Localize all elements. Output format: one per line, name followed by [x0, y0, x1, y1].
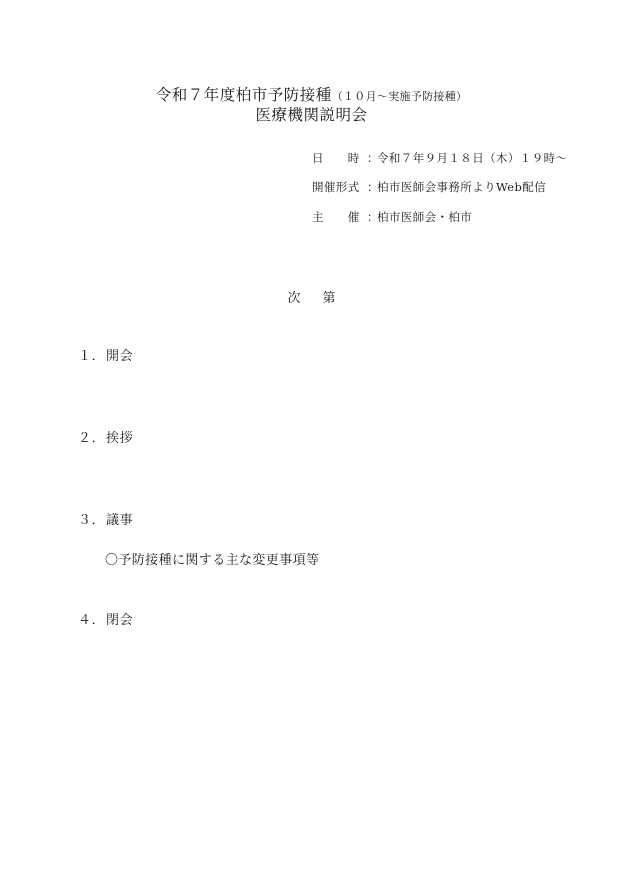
info-separator: ： [367, 209, 377, 225]
agenda-item-label: 閉会 [106, 613, 133, 628]
info-row-format: 開催形式：柏市医師会事務所よりWeb配信 [312, 179, 546, 195]
agenda-subitem-changes: 〇予防接種に関する主な変更事項等 [105, 549, 319, 568]
agenda-item-number: ３． [78, 509, 106, 528]
info-row-datetime: 日 時：令和７年９月１８日（木）１９時～ [312, 150, 567, 166]
agenda-item-opening: １．開会 [78, 345, 133, 364]
agenda-item-label: 議事 [106, 513, 133, 528]
agenda-item-number: ２． [78, 427, 106, 446]
document-page: 令和７年度柏市予防接種（１０月～実施予防接種） 医療機関説明会 日 時：令和７年… [0, 0, 623, 882]
agenda-item-closing: ４．閉会 [78, 609, 133, 628]
info-separator: ： [367, 150, 377, 166]
info-label-organizer: 主 催 [312, 209, 367, 225]
agenda-item-greeting: ２．挨拶 [78, 427, 133, 446]
info-value-datetime: 令和７年９月１８日（木）１９時～ [377, 151, 567, 165]
agenda-item-proceedings: ３．議事 [78, 509, 133, 528]
info-label-format: 開催形式 [312, 179, 367, 195]
agenda-item-number: ４． [78, 609, 106, 628]
info-row-organizer: 主 催：柏市医師会・柏市 [312, 209, 472, 225]
title-parenthetical: （１０月～実施予防接種） [332, 90, 468, 103]
info-separator: ： [367, 179, 377, 195]
agenda-item-number: １． [78, 345, 106, 364]
document-subtitle: 医療機関説明会 [0, 103, 623, 125]
document-title: 令和７年度柏市予防接種（１０月～実施予防接種） [0, 83, 623, 105]
info-value-format: 柏市医師会事務所よりWeb配信 [377, 180, 546, 194]
agenda-item-label: 開会 [106, 349, 133, 364]
info-value-organizer: 柏市医師会・柏市 [377, 210, 472, 224]
agenda-item-label: 挨拶 [106, 431, 133, 446]
info-label-datetime: 日 時 [312, 150, 367, 166]
title-main: 令和７年度柏市予防接種 [156, 86, 332, 104]
agenda-heading: 次第 [0, 287, 623, 306]
